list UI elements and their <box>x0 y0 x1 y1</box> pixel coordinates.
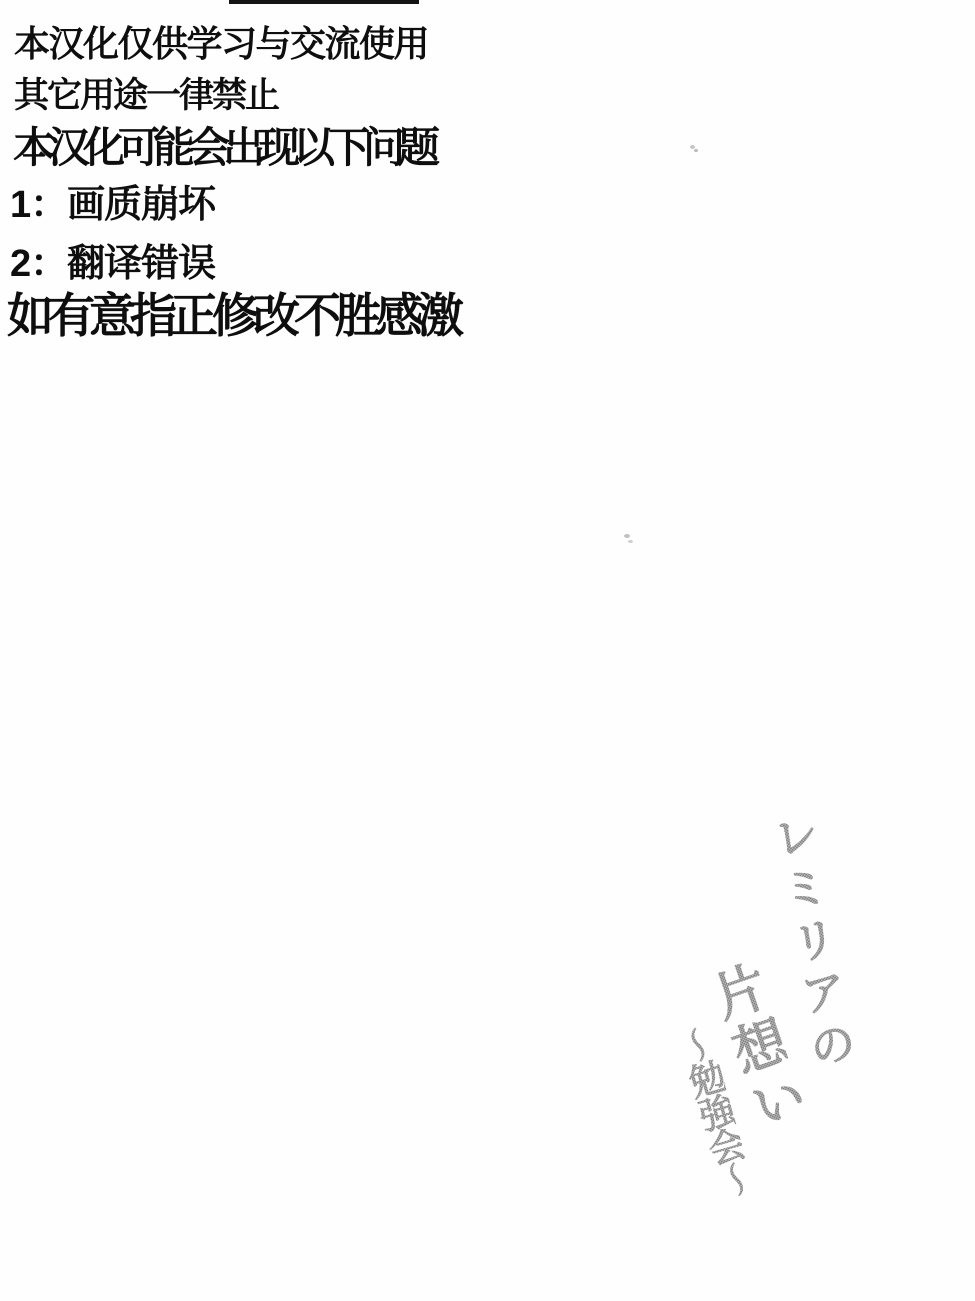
disclaimer-line-feedback: 如有意指正修改不胜感激 <box>7 292 458 339</box>
scanned-credits-page: 本汉化仅供学习与交流使用 其它用途一律禁止 本汉化可能会出现以下问题 1：画质崩… <box>0 0 975 1301</box>
disclaimer-line-usage: 本汉化仅供学习与交流使用 <box>14 26 428 62</box>
disclaimer-line-forbidden: 其它用途一律禁止 <box>14 78 278 113</box>
issue-item-2: 2：翻译错误 <box>10 245 215 283</box>
disclaimer-line-issues: 本汉化可能会出现以下问题 <box>13 127 433 169</box>
scan-speck <box>624 534 630 538</box>
scan-artifact-bar <box>229 0 419 4</box>
scan-speck <box>694 149 698 152</box>
scan-speck <box>628 540 633 543</box>
issue-item-1: 1：画质崩坏 <box>10 186 215 224</box>
